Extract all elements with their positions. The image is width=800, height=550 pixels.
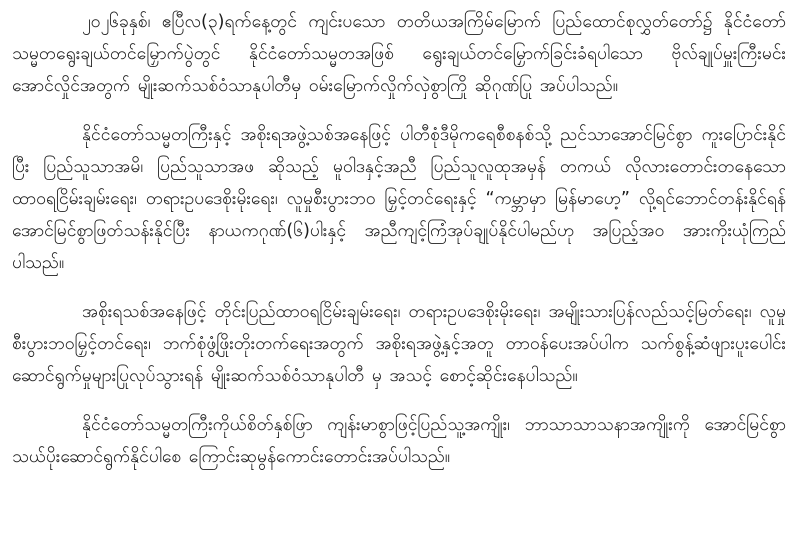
paragraph-well-wishes: နိုင်ငံတော်သမ္မတကြီးကိုယ်စိတ်နှစ်ဖြာ ကျန… [12,409,786,473]
document-page: ၂၀၂၆ခုနှစ်၊ ဧပြီလ(၃)ရက်နေ့တွင် ကျင်းပသော… [0,0,800,550]
paragraph-congratulation: ၂၀၂၆ခုနှစ်၊ ဧပြီလ(၃)ရက်နေ့တွင် ကျင်းပသော… [12,6,786,102]
paragraph-cooperation-pledge: အစိုးရသစ်အနေဖြင့် တိုင်းပြည်ထာဝရငြိမ်းချ… [12,296,786,392]
paragraph-confidence-in-government: နိုင်ငံတော်သမ္မတကြီးနှင့် အစိုးရအဖွဲ့သစ်… [12,119,786,279]
